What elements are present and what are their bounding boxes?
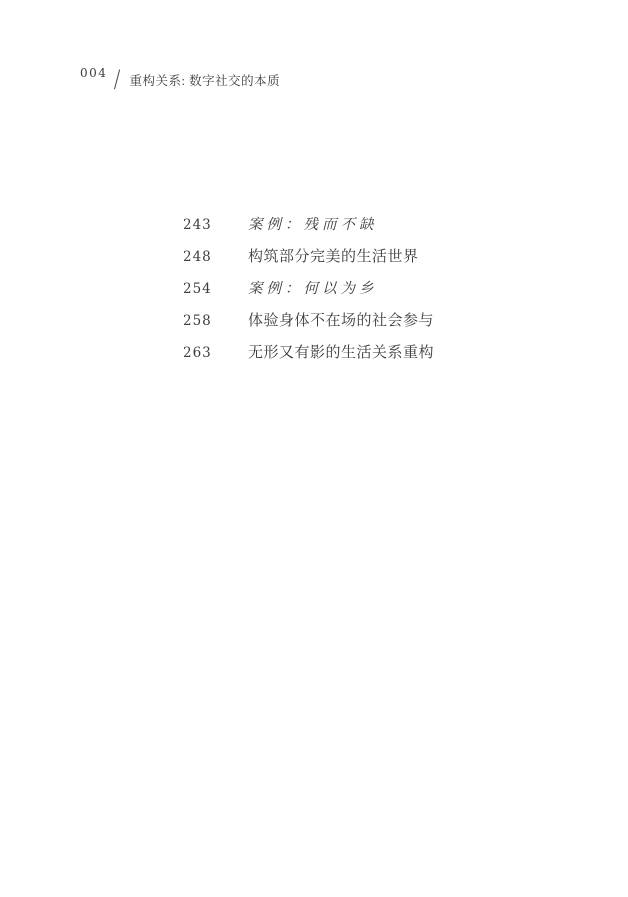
toc-entry: 243 案例：残而不缺 bbox=[183, 213, 434, 245]
folio-separator-slash: / bbox=[114, 65, 121, 93]
running-book-title: 重构关系: 数字社交的本质 bbox=[130, 71, 281, 89]
toc-entry-title: 无形又有影的生活关系重构 bbox=[248, 341, 434, 362]
toc-entry-page-number: 258 bbox=[183, 313, 248, 329]
toc-entry-page-number: 248 bbox=[183, 249, 248, 265]
toc-entry-title: 案例：何以为乡 bbox=[248, 277, 378, 298]
toc-entry-page-number: 254 bbox=[183, 281, 248, 297]
toc-entry-page-number: 263 bbox=[183, 345, 248, 361]
toc-entry: 263 无形又有影的生活关系重构 bbox=[183, 341, 434, 373]
book-page: 004 / 重构关系: 数字社交的本质 243 案例：残而不缺 248 构筑部分… bbox=[0, 0, 628, 897]
running-header: 004 / 重构关系: 数字社交的本质 bbox=[80, 63, 280, 91]
toc-entry-page-number: 243 bbox=[183, 217, 248, 233]
toc-entry-title: 构筑部分完美的生活世界 bbox=[248, 245, 419, 266]
toc-entry: 258 体验身体不在场的社会参与 bbox=[183, 309, 434, 341]
toc-entry: 248 构筑部分完美的生活世界 bbox=[183, 245, 434, 277]
toc-entry-title: 体验身体不在场的社会参与 bbox=[248, 309, 434, 330]
toc-list: 243 案例：残而不缺 248 构筑部分完美的生活世界 254 案例：何以为乡 … bbox=[183, 213, 434, 373]
toc-entry: 254 案例：何以为乡 bbox=[183, 277, 434, 309]
toc-entry-title: 案例：残而不缺 bbox=[248, 213, 378, 234]
folio-page-number: 004 bbox=[80, 66, 107, 80]
